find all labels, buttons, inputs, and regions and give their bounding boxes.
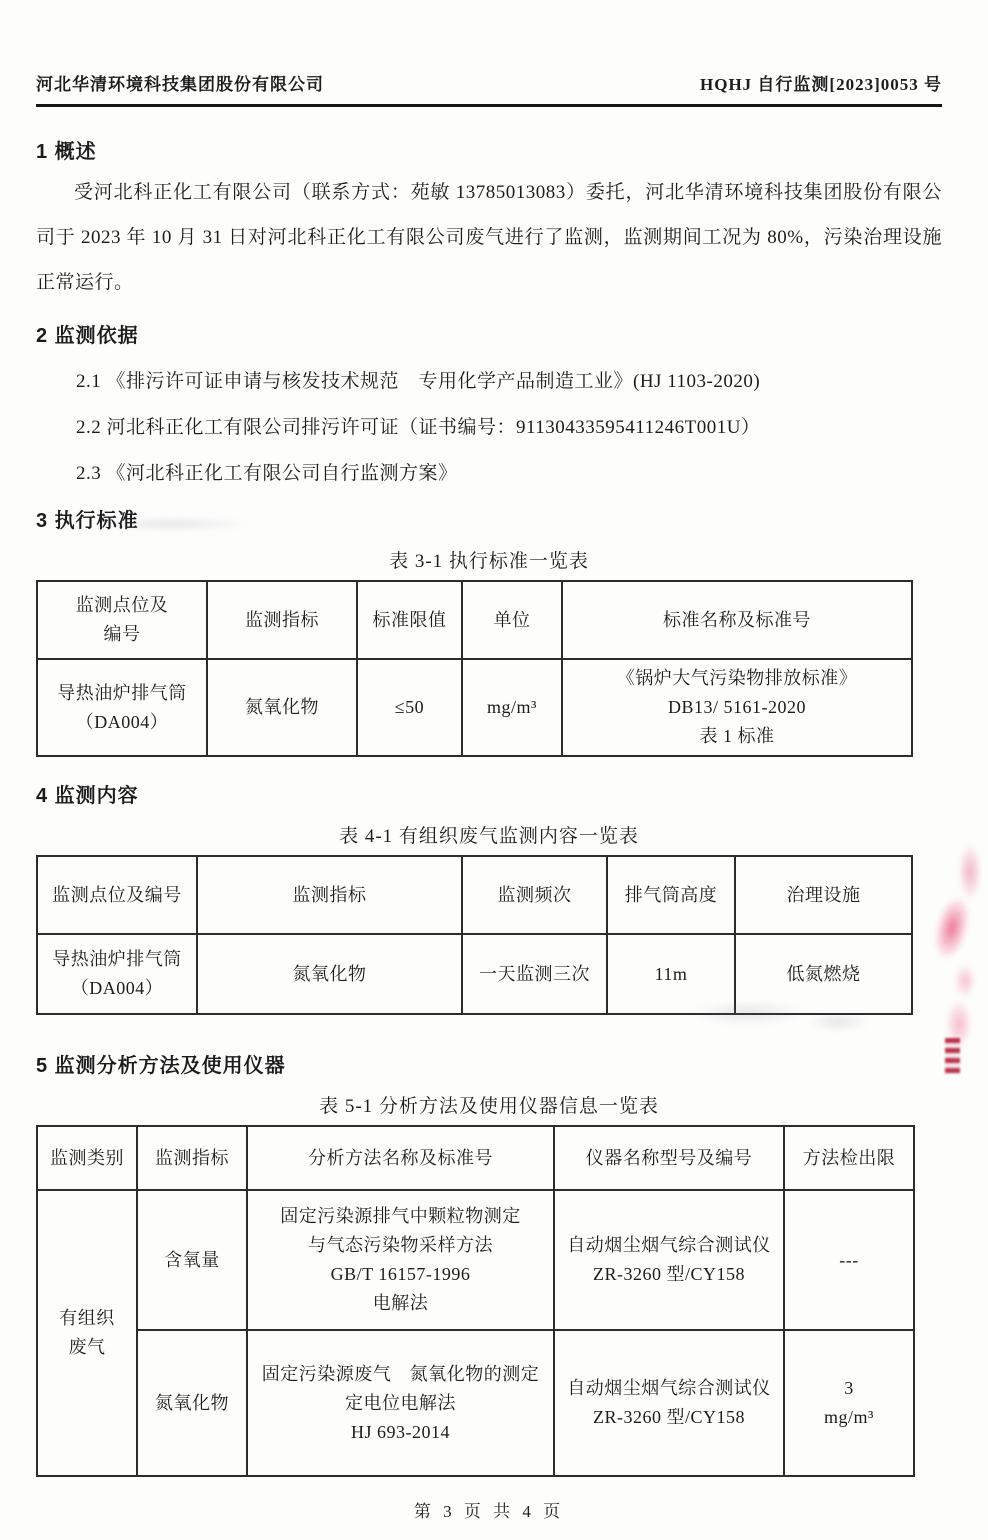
overview-paragraph: 受河北科正化工有限公司（联系方式：苑敏 13785013083）委托，河北华清环… [36, 170, 942, 305]
t4-cell-indicator: 氮氧化物 [197, 934, 462, 1014]
t5-cell-detection-limit-nox: 3 mg/m³ [784, 1330, 914, 1476]
t5-cell-category: 有组织 废气 [37, 1190, 137, 1476]
t5-header-instrument: 仪器名称型号及编号 [554, 1126, 784, 1190]
section-4-heading: 4 监测内容 [36, 779, 942, 808]
t5-cell-detection-limit-oxygen: --- [784, 1190, 914, 1330]
t4-header-stack-height: 排气筒高度 [607, 856, 735, 934]
header-doc-number: HQHJ 自行监测[2023]0053 号 [700, 70, 942, 95]
t3-header-monitoring-point: 监测点位及 编号 [37, 581, 207, 659]
t3-header-limit: 标准限值 [357, 581, 462, 659]
reference-item-1: 2.1 《排污许可证申请与核发技术规范 专用化学产品制造工业》(HJ 1103-… [36, 370, 942, 394]
reference-item-2: 2.2 河北科正化工有限公司排污许可证（证书编号：911304335954112… [36, 416, 942, 440]
t3-cell-monitoring-point: 导热油炉排气筒 （DA004） [37, 659, 207, 756]
t5-header-indicator: 监测指标 [137, 1126, 247, 1190]
t3-cell-limit: ≤50 [357, 659, 462, 756]
table-row: 有组织 废气 含氧量 固定污染源排气中颗粒物测定 与气态污染物采样方法 GB/T… [37, 1190, 914, 1330]
section-3-heading: 3 执行标准 [36, 504, 942, 533]
t4-cell-stack-height: 11m [607, 934, 735, 1014]
t5-cell-indicator-nox: 氮氧化物 [137, 1330, 247, 1476]
t4-cell-frequency: 一天监测三次 [462, 934, 607, 1014]
t5-header-method: 分析方法名称及标准号 [247, 1126, 554, 1190]
t5-header-detection-limit: 方法检出限 [784, 1126, 914, 1190]
t4-header-indicator: 监测指标 [197, 856, 462, 934]
section-5-heading: 5 监测分析方法及使用仪器 [36, 1049, 942, 1078]
t3-cell-standard-name: 《锅炉大气污染物排放标准》 DB13/ 5161-2020 表 1 标准 [562, 659, 912, 756]
t3-header-standard-name: 标准名称及标准号 [562, 581, 912, 659]
page-number: 第 3 页 共 4 页 [36, 1497, 942, 1522]
t3-header-unit: 单位 [462, 581, 562, 659]
executive-standards-table: 监测点位及 编号 监测指标 标准限值 单位 标准名称及标准号 导热油炉排气筒 （… [36, 580, 913, 757]
page-header: 河北华清环境科技集团股份有限公司 HQHJ 自行监测[2023]0053 号 [36, 70, 942, 95]
header-company-name: 河北华清环境科技集团股份有限公司 [36, 70, 324, 95]
t5-cell-instrument-nox: 自动烟尘烟气综合测试仪 ZR-3260 型/CY158 [554, 1330, 784, 1476]
t5-cell-indicator-oxygen: 含氧量 [137, 1190, 247, 1330]
table-row: 导热油炉排气筒 （DA004） 氮氧化物 ≤50 mg/m³ 《锅炉大气污染物排… [37, 659, 912, 756]
t4-cell-monitoring-point: 导热油炉排气筒 （DA004） [37, 934, 197, 1014]
t4-header-monitoring-point: 监测点位及编号 [37, 856, 197, 934]
t3-cell-indicator: 氮氧化物 [207, 659, 357, 756]
section-2-heading: 2 监测依据 [36, 319, 942, 348]
t5-header-category: 监测类别 [37, 1126, 137, 1190]
table-5-title: 表 5-1 分析方法及使用仪器信息一览表 [36, 1091, 942, 1118]
monitoring-content-table: 监测点位及编号 监测指标 监测频次 排气筒高度 治理设施 导热油炉排气筒 （DA… [36, 855, 913, 1015]
reference-item-3: 2.3 《河北科正化工有限公司自行监测方案》 [36, 462, 942, 486]
t3-header-indicator: 监测指标 [207, 581, 357, 659]
t4-header-treatment-facility: 治理设施 [735, 856, 912, 934]
t5-cell-instrument-oxygen: 自动烟尘烟气综合测试仪 ZR-3260 型/CY158 [554, 1190, 784, 1330]
t4-cell-treatment-facility: 低氮燃烧 [735, 934, 912, 1014]
table-3-title: 表 3-1 执行标准一览表 [36, 546, 942, 573]
t5-cell-method-oxygen: 固定污染源排气中颗粒物测定 与气态污染物采样方法 GB/T 16157-1996… [247, 1190, 554, 1330]
analysis-methods-table: 监测类别 监测指标 分析方法名称及标准号 仪器名称型号及编号 方法检出限 有组织… [36, 1125, 915, 1477]
t3-cell-unit: mg/m³ [462, 659, 562, 756]
header-rule [36, 104, 942, 107]
table-4-title: 表 4-1 有组织废气监测内容一览表 [36, 821, 942, 848]
t4-header-frequency: 监测频次 [462, 856, 607, 934]
table-row: 氮氧化物 固定污染源废气 氮氧化物的测定 定电位电解法 HJ 693-2014 … [37, 1330, 914, 1476]
section-1-heading: 1 概述 [36, 135, 942, 164]
t5-cell-method-nox: 固定污染源废气 氮氧化物的测定 定电位电解法 HJ 693-2014 [247, 1330, 554, 1476]
table-row: 导热油炉排气筒 （DA004） 氮氧化物 一天监测三次 11m 低氮燃烧 [37, 934, 912, 1014]
document-page: 河北华清环境科技集团股份有限公司 HQHJ 自行监测[2023]0053 号 1… [0, 0, 988, 1540]
